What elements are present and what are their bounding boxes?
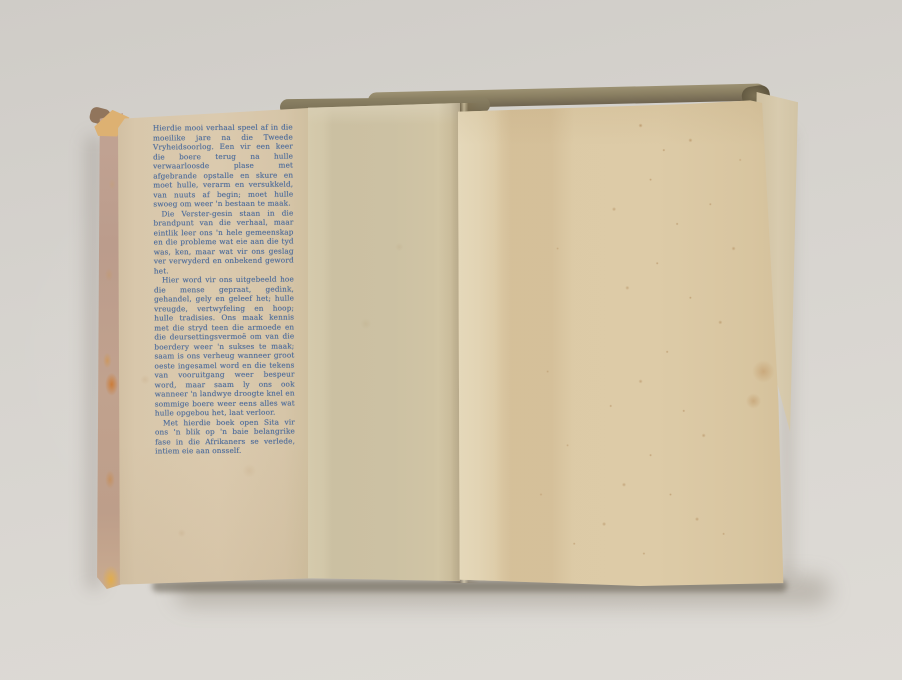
flap-paragraph: Hier word vir ons uitgebeeld hoe die men… [154,275,295,418]
flap-blurb-text: Hierdie mooi verhaal speel af in die moe… [153,123,295,456]
dust-jacket-front-flap: Hierdie mooi verhaal speel af in die moe… [118,106,311,586]
foxing-spots [458,96,790,588]
table-surface: Hierdie mooi verhaal speel af in die moe… [0,0,902,680]
flap-paragraph: Met hierdie boek open Sita vir ons 'n bl… [155,417,295,456]
flap-paragraph: Hierdie mooi verhaal speel af in die moe… [153,123,294,209]
right-endpaper-page [458,96,790,588]
flap-paragraph: Die Verster-gesin staan in die brandpunt… [153,208,293,275]
